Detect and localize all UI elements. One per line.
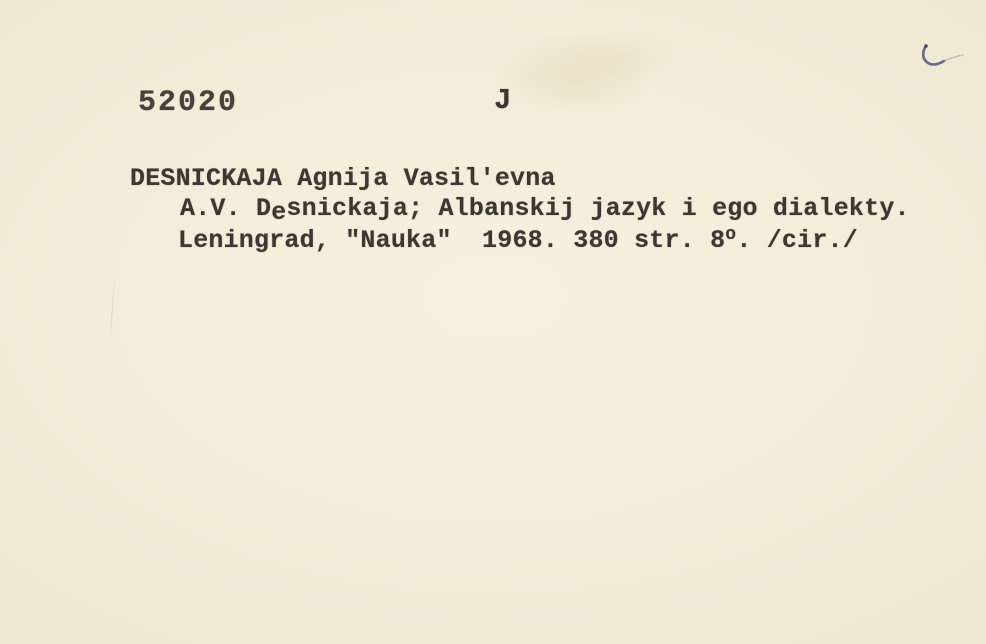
citation-dropped-letter: e — [271, 198, 286, 227]
citation-before-dropped-letter: A.V. D — [180, 194, 271, 223]
pen-mark-icon — [903, 38, 973, 83]
imprint-line: Leningrad, "Nauka" 1968. 380 str. 8o. /c… — [178, 226, 858, 255]
author-heading: DESNICKAJA Agnija Vasil'evna — [130, 164, 556, 193]
citation-after-dropped-letter: snickaja; Albanskij jazyk i ego dialekty… — [286, 194, 909, 223]
section-letter: J — [494, 84, 512, 117]
imprint-before-ordinal: Leningrad, "Nauka" 1968. 380 str. 8 — [178, 226, 725, 255]
paper-crease — [109, 270, 115, 345]
imprint-ordinal-superscript: o — [725, 225, 736, 245]
call-number: 52020 — [138, 86, 238, 120]
imprint-after-ordinal: . /cir./ — [736, 226, 858, 255]
catalog-card: 52020 J DESNICKAJA Agnija Vasil'evna A.V… — [0, 0, 986, 644]
citation-line: A.V. Desnickaja; Albanskij jazyk i ego d… — [180, 194, 910, 223]
